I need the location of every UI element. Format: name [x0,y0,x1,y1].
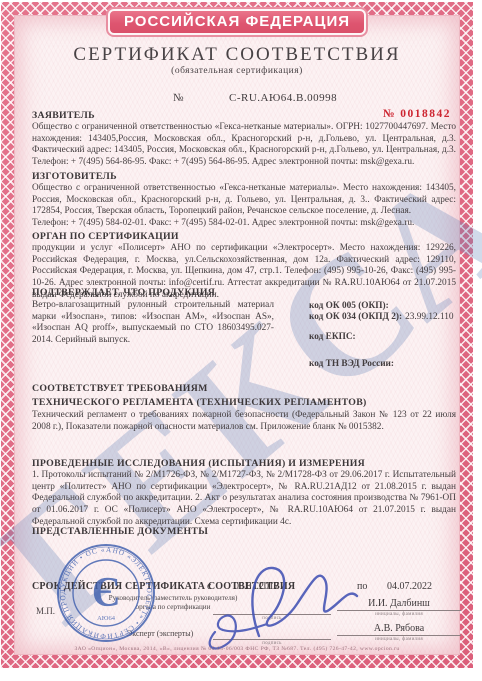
code-tnved: код ТН ВЭД России: [309,359,459,369]
country-banner: РОССИЙСКАЯ ФЕДЕРАЦИЯ [108,9,366,35]
complies-heading-2: ТЕХНИЧЕСКОГО РЕГЛАМЕНТА (ТЕХНИЧЕСКИХ РЕГ… [32,397,456,408]
manufacturer-heading: ИЗГОТОВИТЕЛЬ [32,171,456,182]
research-body: 1. Протоколы испытаний № 2/М1726-ФЗ, № 2… [32,470,456,529]
manufacturer-address: Общество с ограниченной ответственностью… [32,183,456,216]
confirms-heading: ПОДТВЕРЖДАЕТ, ЧТО ПРОДУКЦИЯ [32,287,456,298]
manufacturer-contact: Телефон: + 7(495) 584-02-01. Факс: + 7(4… [32,218,414,228]
complies-heading-1: СООТВЕТСТВУЕТ ТРЕБОВАНИЯМ [32,383,456,394]
certificate-number-value: C-RU.АЮ64.В.00998 [229,92,337,104]
stamp-center-glyph: Є [92,570,121,616]
code-okpd2: код ОК 034 (ОКПД 2):23.99.12.110 [309,312,459,322]
certification-stamp-icon: АНО «ЭЛЕКТРОСЕРТ» • СЕРТИФИКАЦИЯ ПРОДУКЦ… [53,540,159,646]
applicant-heading: ЗАЯВИТЕЛЬ [32,110,456,121]
certificate-title: СЕРТИФИКАТ СООТВЕТСТВИЯ [1,44,473,66]
handwritten-signature-icon [197,558,385,652]
applicant-body: Общество с ограниченной ответственностью… [32,122,456,169]
certificate-number-sign: № [173,92,184,104]
validity-to-date: 04.07.2022 [387,581,432,592]
stamp-code: АЮ64 [97,615,116,622]
certificate-page: ГЕКСА РОССИЙСКАЯ ФЕДЕРАЦИЯ СЕРТИФИКАТ СО… [1,2,473,668]
research-heading: ПРОВЕДЕННЫЕ ИССЛЕДОВАНИЯ (ИСПЫТАНИЯ) И И… [32,458,456,469]
cert-body-heading: ОРГАН ПО СЕРТИФИКАЦИИ [32,231,456,242]
code-ekps: код ЕКПС: [309,332,459,342]
code-okp: код ОК 005 (ОКП): [309,301,459,311]
complies-body: Технический регламент о требованиях пожа… [32,410,456,433]
product-description: Ветро-влагозащитный рулонный строительны… [32,300,274,347]
manufacturer-body: Общество с ограниченной ответственностью… [32,183,456,230]
printer-footer: ЗАО «Опцион», Москва, 2014, «В», лицензи… [1,646,473,652]
documents-heading: ПРЕДСТАВЛЕННЫЕ ДОКУМЕНТЫ [32,526,456,537]
certificate-subtitle: (обязательная сертификация) [1,66,473,76]
